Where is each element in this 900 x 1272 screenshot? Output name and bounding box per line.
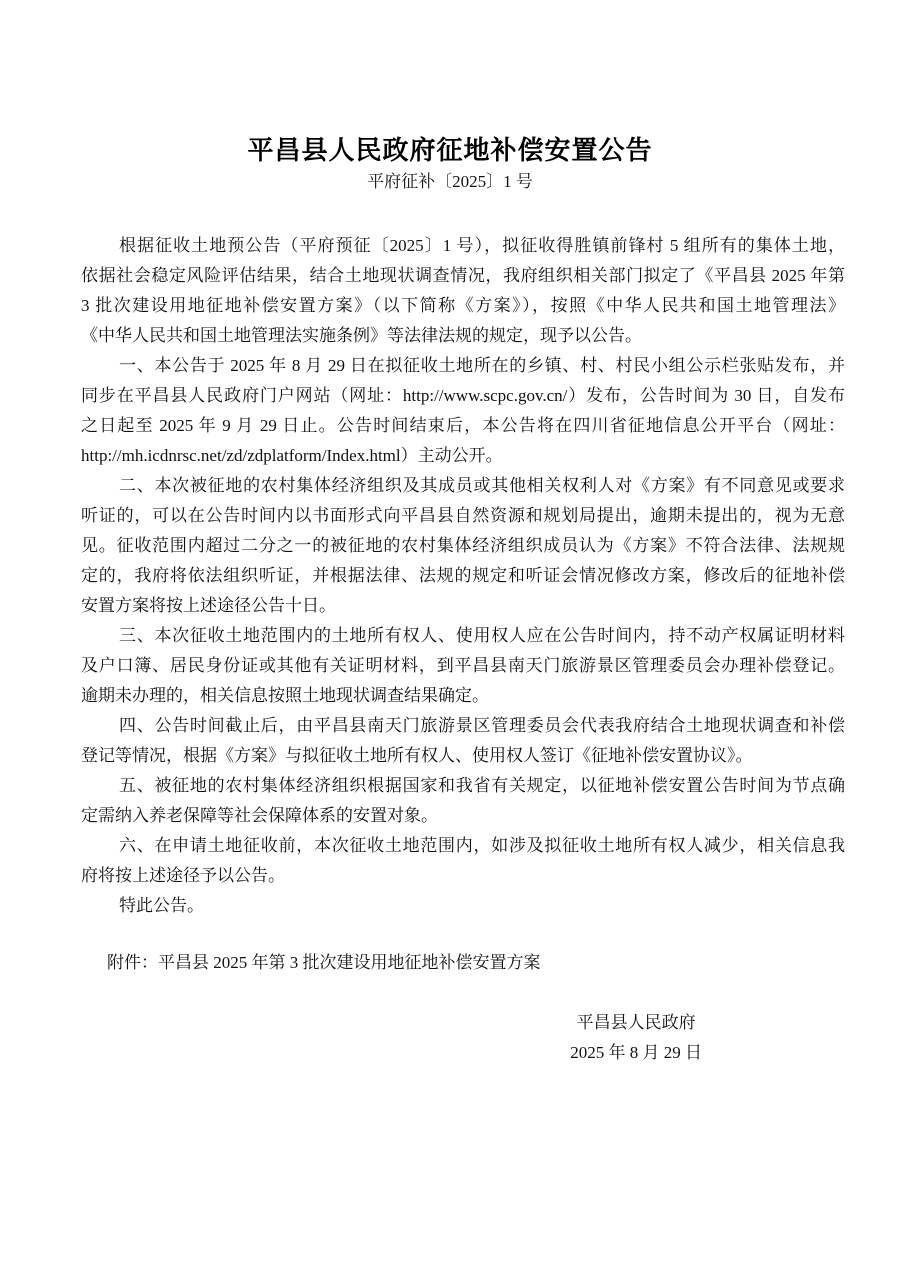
body-line: 三、本次征收土地范围内的土地所有权人、使用权人应在公告时间内，持不动产权属证明材… — [81, 621, 845, 651]
body-line: 之日起至 2025 年 9 月 29 日止。公告时间结束后，本公告将在四川省征地… — [81, 411, 845, 441]
body-line: 《中华人民共和国土地管理法实施条例》等法律法规的规定，现予以公告。 — [81, 321, 845, 351]
signature-block: 平昌县人民政府 2025 年 8 月 29 日 — [81, 1008, 845, 1068]
document-number: 平府征补〔2025〕1 号 — [0, 170, 900, 194]
body-line: http://mh.icdnrsc.net/zd/zdplatform/Inde… — [81, 441, 845, 471]
body-line: 及户口簿、居民身份证或其他有关证明材料，到平昌县南天门旅游景区管理委员会办理补偿… — [81, 651, 845, 681]
body-line: 同步在平昌县人民政府门户网站（网址：http://www.scpc.gov.cn… — [81, 381, 845, 411]
paragraph: 特此公告。 — [81, 891, 845, 921]
body-line: 五、被征地的农村集体经济组织根据国家和我省有关规定，以征地补偿安置公告时间为节点… — [81, 771, 845, 801]
signature-date: 2025 年 8 月 29 日 — [570, 1038, 702, 1068]
body-line: 特此公告。 — [81, 891, 845, 921]
body-line: 登记等情况，根据《方案》与拟征收土地所有权人、使用权人签订《征地补偿安置协议》。 — [81, 741, 845, 771]
paragraph: 四、公告时间截止后，由平昌县南天门旅游景区管理委员会代表我府结合土地现状调查和补… — [81, 711, 845, 771]
attachment-line: 附件：平昌县 2025 年第 3 批次建设用地征地补偿安置方案 — [81, 948, 845, 978]
vertical-spacer — [81, 921, 845, 948]
body-line: 二、本次被征地的农村集体经济组织及其成员或其他相关权利人对《方案》有不同意见或要… — [81, 471, 845, 501]
body-line: 府将按上述途径予以公告。 — [81, 861, 845, 891]
signature-name: 平昌县人民政府 — [570, 1008, 702, 1038]
paragraph: 五、被征地的农村集体经济组织根据国家和我省有关规定，以征地补偿安置公告时间为节点… — [81, 771, 845, 831]
paragraph: 二、本次被征地的农村集体经济组织及其成员或其他相关权利人对《方案》有不同意见或要… — [81, 471, 845, 621]
body-line: 依据社会稳定风险评估结果，结合土地现状调查情况，我府组织相关部门拟定了《平昌县 … — [81, 261, 845, 291]
body-line: 定需纳入养老保障等社会保障体系的安置对象。 — [81, 801, 845, 831]
document-title: 平昌县人民政府征地补偿安置公告 — [0, 0, 900, 168]
body-line: 见。征收范围内超过二分之一的被征地的农村集体经济组织成员认为《方案》不符合法律、… — [81, 531, 845, 561]
body-line: 3 批次建设用地征地补偿安置方案》（以下简称《方案》），按照《中华人民共和国土地… — [81, 291, 845, 321]
paragraph: 六、在申请土地征收前，本次征收土地范围内，如涉及拟征收土地所有权人减少，相关信息… — [81, 831, 845, 891]
body-line: 根据征收土地预公告（平府预征〔2025〕1 号），拟征收得胜镇前锋村 5 组所有… — [81, 231, 845, 261]
body-line: 一、本公告于 2025 年 8 月 29 日在拟征收土地所在的乡镇、村、村民小组… — [81, 351, 845, 381]
body-line: 四、公告时间截止后，由平昌县南天门旅游景区管理委员会代表我府结合土地现状调查和补… — [81, 711, 845, 741]
body-line: 安置方案将按上述途径公告十日。 — [81, 591, 845, 621]
body-line: 六、在申请土地征收前，本次征收土地范围内，如涉及拟征收土地所有权人减少，相关信息… — [81, 831, 845, 861]
paragraph: 根据征收土地预公告（平府预征〔2025〕1 号），拟征收得胜镇前锋村 5 组所有… — [81, 231, 845, 351]
paragraph: 一、本公告于 2025 年 8 月 29 日在拟征收土地所在的乡镇、村、村民小组… — [81, 351, 845, 471]
signature-inner: 平昌县人民政府 2025 年 8 月 29 日 — [570, 1008, 702, 1068]
body-line: 逾期未办理的，相关信息按照土地现状调查结果确定。 — [81, 681, 845, 711]
document-body: 根据征收土地预公告（平府预征〔2025〕1 号），拟征收得胜镇前锋村 5 组所有… — [0, 231, 900, 1068]
body-line: 定的，我府将依法组织听证，并根据法律、法规的规定和听证会情况修改方案，修改后的征… — [81, 561, 845, 591]
body-line: 听证的，可以在公告时间内以书面形式向平昌县自然资源和规划局提出，逾期未提出的，视… — [81, 501, 845, 531]
document-page: 平昌县人民政府征地补偿安置公告 平府征补〔2025〕1 号 根据征收土地预公告（… — [0, 0, 900, 1272]
paragraph: 三、本次征收土地范围内的土地所有权人、使用权人应在公告时间内，持不动产权属证明材… — [81, 621, 845, 711]
